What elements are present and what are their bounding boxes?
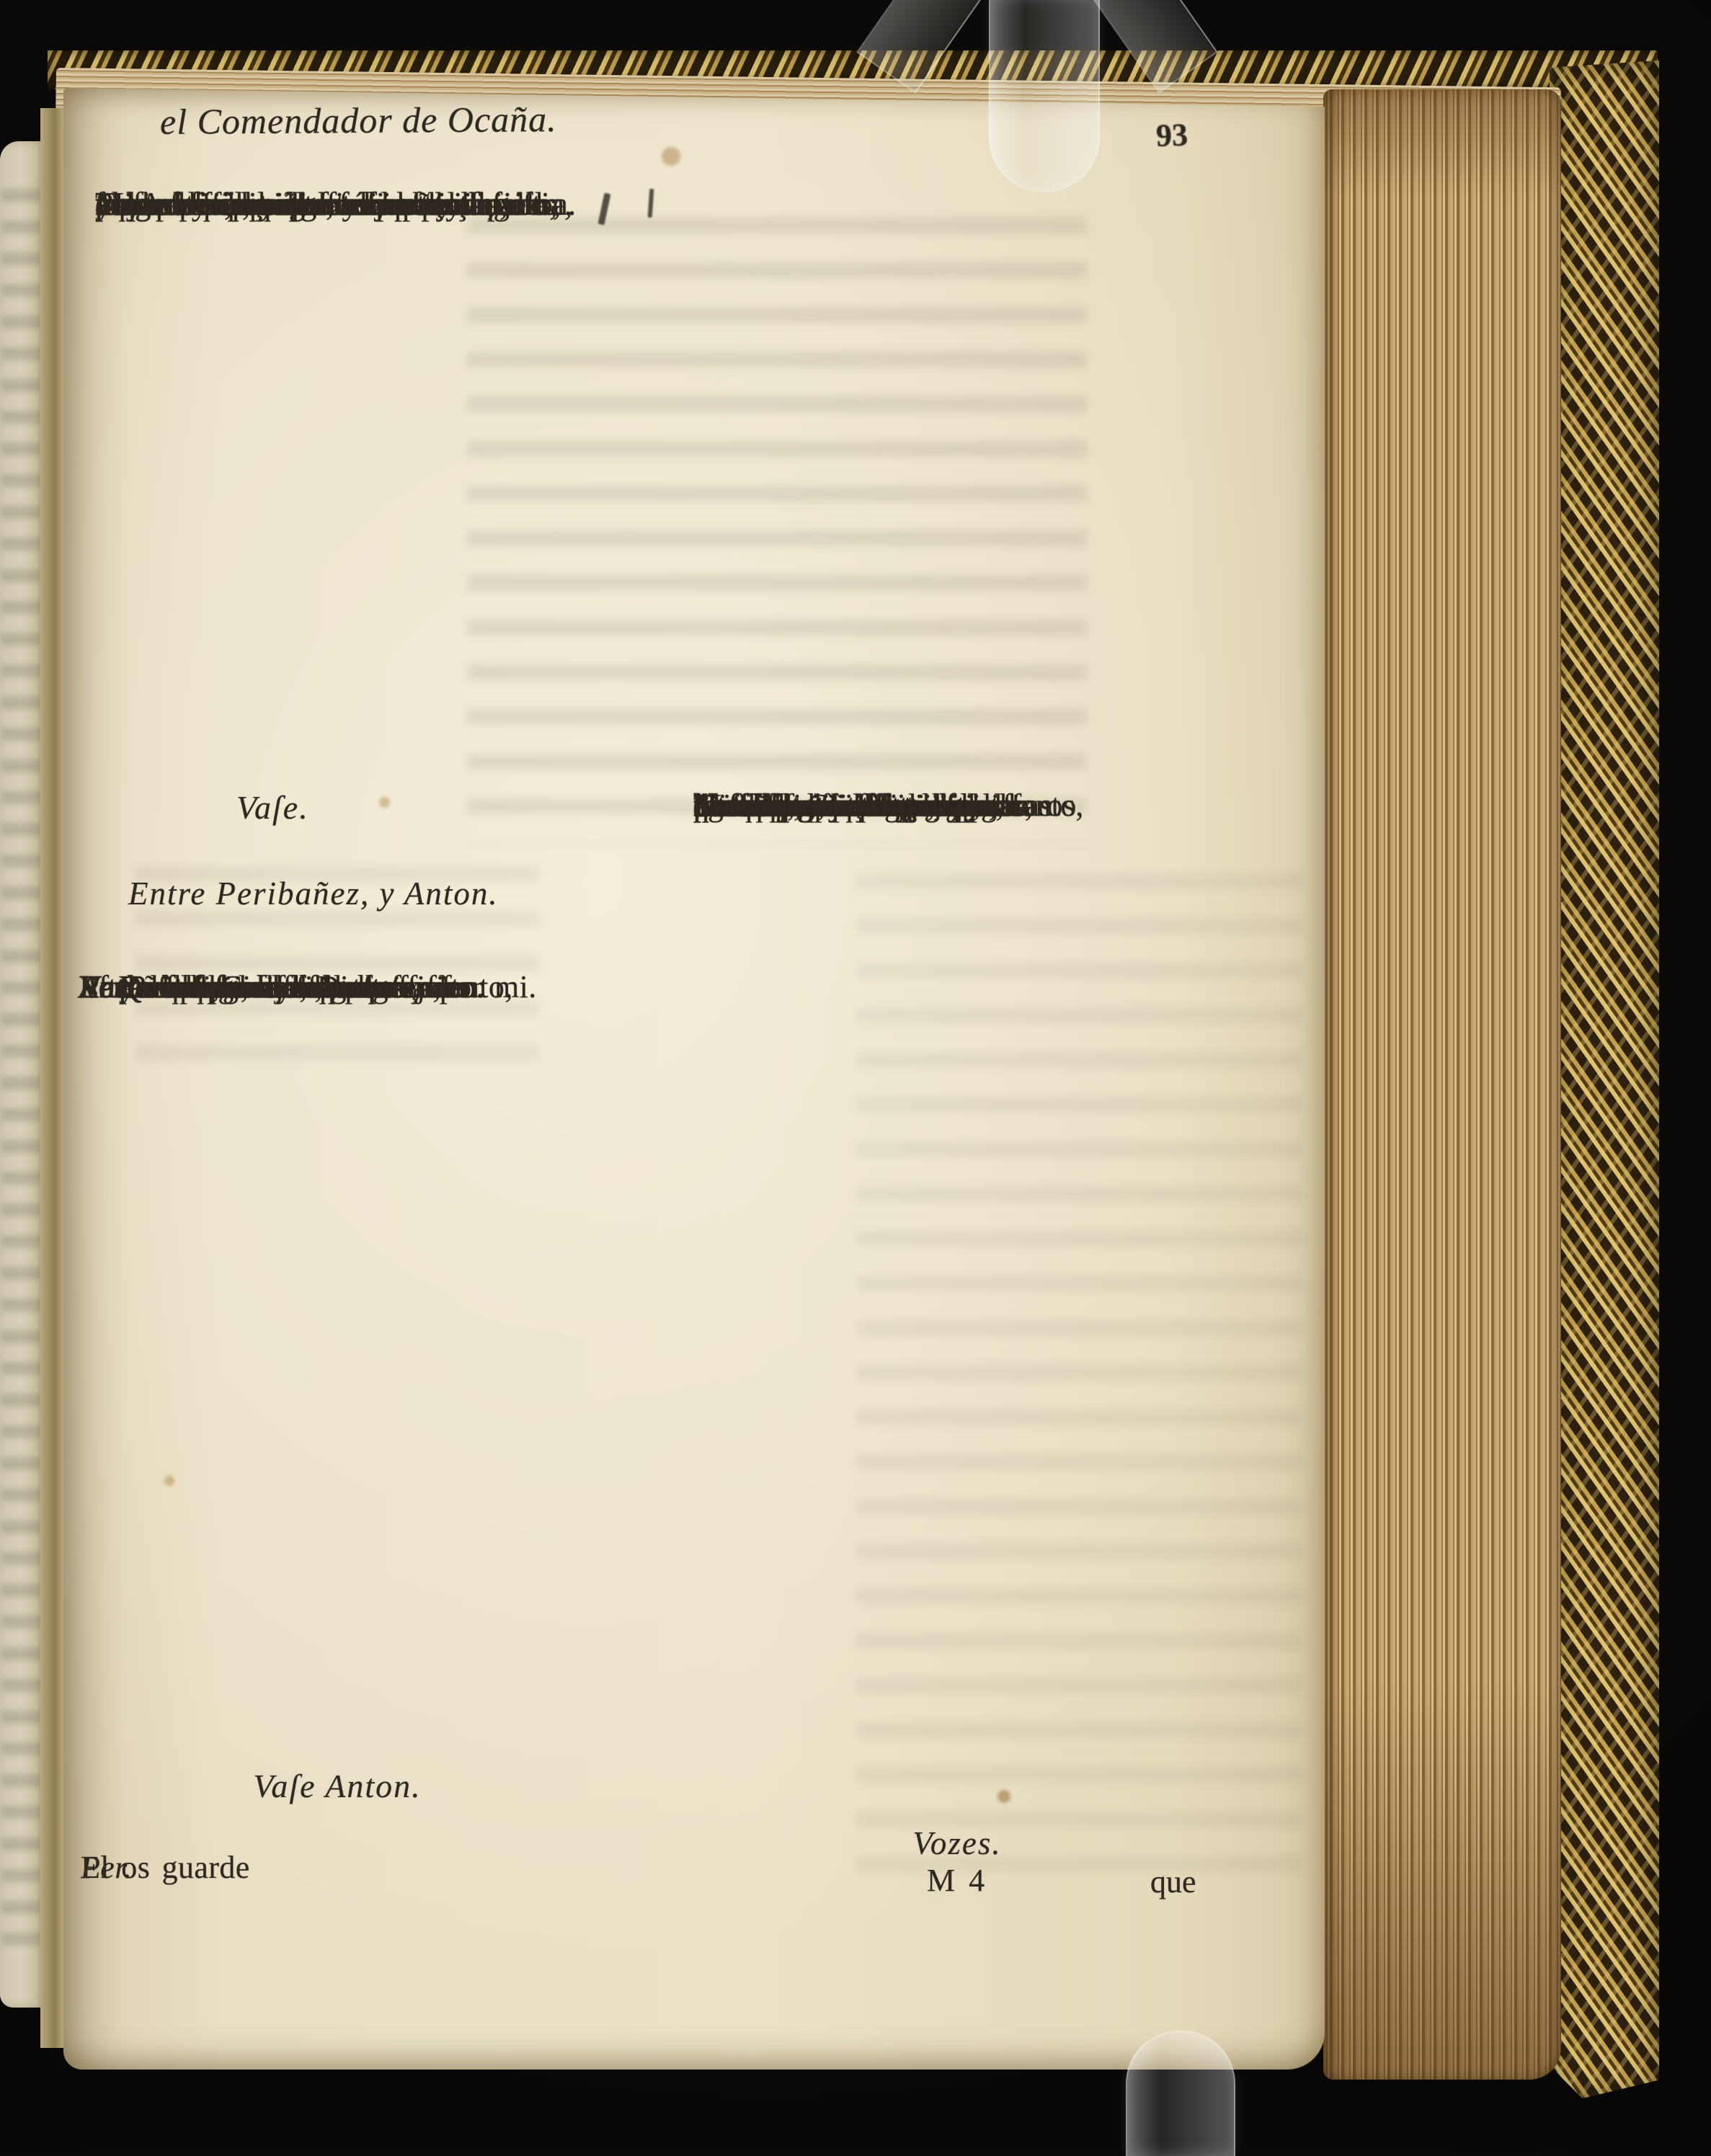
stage-direction-entrance: Entre Peribañez, y Anton. xyxy=(128,875,499,912)
signature-mark: M 4 xyxy=(927,1862,987,1899)
running-header: el Comendador de Ocaña. xyxy=(160,98,557,143)
facing-page-edge xyxy=(0,141,46,2008)
stage-direction-vase: Vaſe. xyxy=(236,788,309,827)
paper-stain xyxy=(164,1476,174,1486)
show-through-text xyxy=(467,196,1087,845)
stage-direction-vase-anton: Vaſe Anton. xyxy=(208,1767,467,1805)
book-photograph: el Comendador de Ocaña. 93 y que vn manc… xyxy=(0,0,1711,2152)
verse-text: uedad con Dios. xyxy=(169,966,386,1009)
paper-stain xyxy=(997,1790,1010,1803)
book-strap-top xyxy=(989,0,1100,192)
book-page: el Comendador de Ocaña. 93 y que vn manc… xyxy=(63,88,1325,2070)
catchword: que xyxy=(1150,1863,1196,1900)
show-through-text xyxy=(856,852,1303,1882)
paper-stain xyxy=(662,147,680,166)
fore-edge-pages xyxy=(1323,89,1561,2080)
book-strap-bottom xyxy=(1126,2031,1235,2152)
ink-smudge xyxy=(598,193,611,226)
verse-text: Mas quiero diſimular. xyxy=(693,784,980,827)
gilt-cover-edge xyxy=(1550,61,1659,2098)
paper-stain xyxy=(379,797,390,808)
page-number: 93 xyxy=(1155,116,1188,154)
verse-text: El os guarde xyxy=(81,1846,250,1889)
verse-text: plega al amor q̃ te cóuierta en piedra. xyxy=(95,182,576,227)
ink-smudge xyxy=(648,189,654,218)
show-through-text xyxy=(1,170,42,1964)
stage-direction-vozes: Vozes. xyxy=(849,1825,1065,1862)
